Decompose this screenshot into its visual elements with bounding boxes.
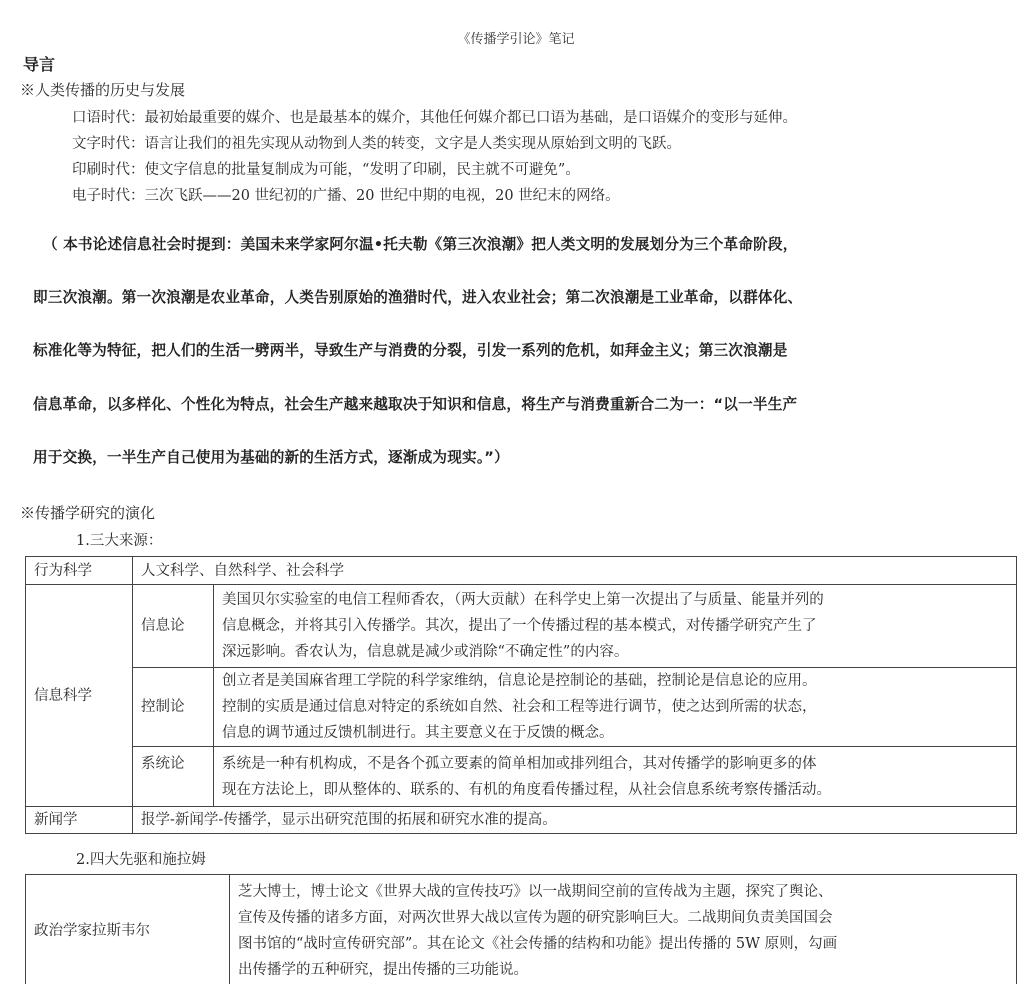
category-cell: 行为科学 — [26, 557, 133, 585]
three-sources-table: 行为科学 人文科学、自然科学、社会科学 信息科学 信息论 美国贝尔实验室的电信工… — [25, 556, 1017, 834]
content-line: 宣传及传播的诸多方面，对两次世界大战以宣传为题的研究影响巨大。二战期间负责美国国… — [238, 905, 1008, 931]
note-line-3: 标准化等为特征，把人们的生活一劈两半，导致生产与消费的分裂，引发一系列的危机，如… — [33, 339, 788, 360]
content-line: 深远影响。香农认为，信息就是减少或消除“不确定性”的内容。 — [222, 639, 1008, 665]
category-cell: 信息科学 — [26, 585, 133, 807]
content-cell: 创立者是美国麻省理工学院的科学家维纳，信息论是控制论的基础，控制论是信息论的应用… — [214, 668, 1017, 747]
content-line: 现在方法论上，即从整体的、联系的、有机的角度看传播过程，从社会信息系统考察传播活… — [222, 777, 1008, 803]
content-line: 图书馆的“战时宣传研究部”。其在论文《社会传播的结构和功能》提出传播的 5W 原… — [238, 931, 1008, 957]
content-line: 创立者是美国麻省理工学院的科学家维纳，信息论是控制论的基础，控制论是信息论的应用… — [222, 668, 1008, 694]
content-cell: 系统是一种有机构成，不是各个孤立要素的简单相加或排列组合，其对传播学的影响更多的… — [214, 747, 1017, 807]
pioneer-name-cell: 政治学家拉斯韦尔 — [26, 875, 230, 984]
pioneers-table: 政治学家拉斯韦尔 芝大博士，博士论文《世界大战的宣传技巧》以一战期间空前的宣传战… — [25, 874, 1017, 984]
era-electronic: 电子时代：三次飞跃——20 世纪初的广播、20 世纪中期的电视，20 世纪末的网… — [72, 184, 620, 205]
content-line: 芝大博士，博士论文《世界大战的宣传技巧》以一战期间空前的宣传战为主题，探究了舆论… — [238, 879, 1008, 905]
table-row: 系统论 系统是一种有机构成，不是各个孤立要素的简单相加或排列组合，其对传播学的影… — [26, 747, 1017, 807]
intro-heading: 导言 — [23, 52, 55, 75]
content-line: 美国贝尔实验室的电信工程师香农，（两大贡献）在科学史上第一次提出了与质量、能量并… — [222, 587, 1008, 613]
content-cell: 人文科学、自然科学、社会科学 — [133, 557, 1017, 585]
table-row: 新闻学 报学-新闻学-传播学，显示出研究范围的拓展和研究水准的提高。 — [26, 807, 1017, 834]
table-row: 控制论 创立者是美国麻省理工学院的科学家维纳，信息论是控制论的基础，控制论是信息… — [26, 668, 1017, 747]
era-writing: 文字时代：语言让我们的祖先实现从动物到人类的转变，文字是人类实现从原始到文明的飞… — [72, 132, 681, 153]
table-row: 行为科学 人文科学、自然科学、社会科学 — [26, 557, 1017, 585]
content-line: 信息的调节通过反馈机制进行。其主要意义在于反馈的概念。 — [222, 720, 1008, 746]
note-line-5: 用于交换，一半生产自己使用为基础的新的生活方式，逐渐成为现实。”） — [33, 446, 509, 467]
content-line: 信息概念，并将其引入传播学。其次，提出了一个传播过程的基本模式，对传播学研究产生… — [222, 613, 1008, 639]
era-oral: 口语时代：最初始最重要的媒介、也是最基本的媒介，其他任何媒介都已口语为基础，是口… — [72, 106, 797, 127]
theory-name-cell: 信息论 — [133, 585, 214, 668]
sub-heading-three-sources: 1.三大来源： — [76, 529, 162, 550]
theory-name-cell: 控制论 — [133, 668, 214, 747]
table-row: 信息科学 信息论 美国贝尔实验室的电信工程师香农，（两大贡献）在科学史上第一次提… — [26, 585, 1017, 668]
note-line-1: （ 本书论述信息社会时提到：美国未来学家阿尔温•托夫勒《第三次浪潮》把人类文明的… — [43, 233, 798, 254]
theory-name-cell: 系统论 — [133, 747, 214, 807]
note-line-2: 即三次浪潮。第一次浪潮是农业革命，人类告别原始的渔猎时代，进入农业社会；第二次浪… — [33, 286, 802, 307]
content-cell: 报学-新闻学-传播学，显示出研究范围的拓展和研究水准的提高。 — [133, 807, 1017, 834]
era-printing: 印刷时代：使文字信息的批量复制成为可能，“发明了印刷，民主就不可避免”。 — [72, 158, 580, 179]
content-cell: 芝大博士，博士论文《世界大战的宣传技巧》以一战期间空前的宣传战为主题，探究了舆论… — [230, 875, 1017, 984]
section-history-heading: ※人类传播的历史与发展 — [20, 79, 185, 100]
document-title: 《传播学引论》笔记 — [0, 28, 1032, 47]
content-line: 系统是一种有机构成，不是各个孤立要素的简单相加或排列组合，其对传播学的影响更多的… — [222, 751, 1008, 777]
category-cell: 新闻学 — [26, 807, 133, 834]
sub-heading-four-pioneers: 2.四大先驱和施拉姆 — [76, 848, 206, 869]
table-row: 政治学家拉斯韦尔 芝大博士，博士论文《世界大战的宣传技巧》以一战期间空前的宣传战… — [26, 875, 1017, 984]
note-line-4: 信息革命，以多样化、个性化为特点，社会生产越来越取决于知识和信息，将生产与消费重… — [33, 393, 797, 414]
content-cell: 美国贝尔实验室的电信工程师香农，（两大贡献）在科学史上第一次提出了与质量、能量并… — [214, 585, 1017, 668]
content-line: 控制的实质是通过信息对特定的系统如自然、社会和工程等进行调节，使之达到所需的状态… — [222, 694, 1008, 720]
content-line: 出传播学的五种研究，提出传播的三功能说。 — [238, 957, 1008, 983]
section-evolution-heading: ※传播学研究的演化 — [20, 502, 155, 523]
